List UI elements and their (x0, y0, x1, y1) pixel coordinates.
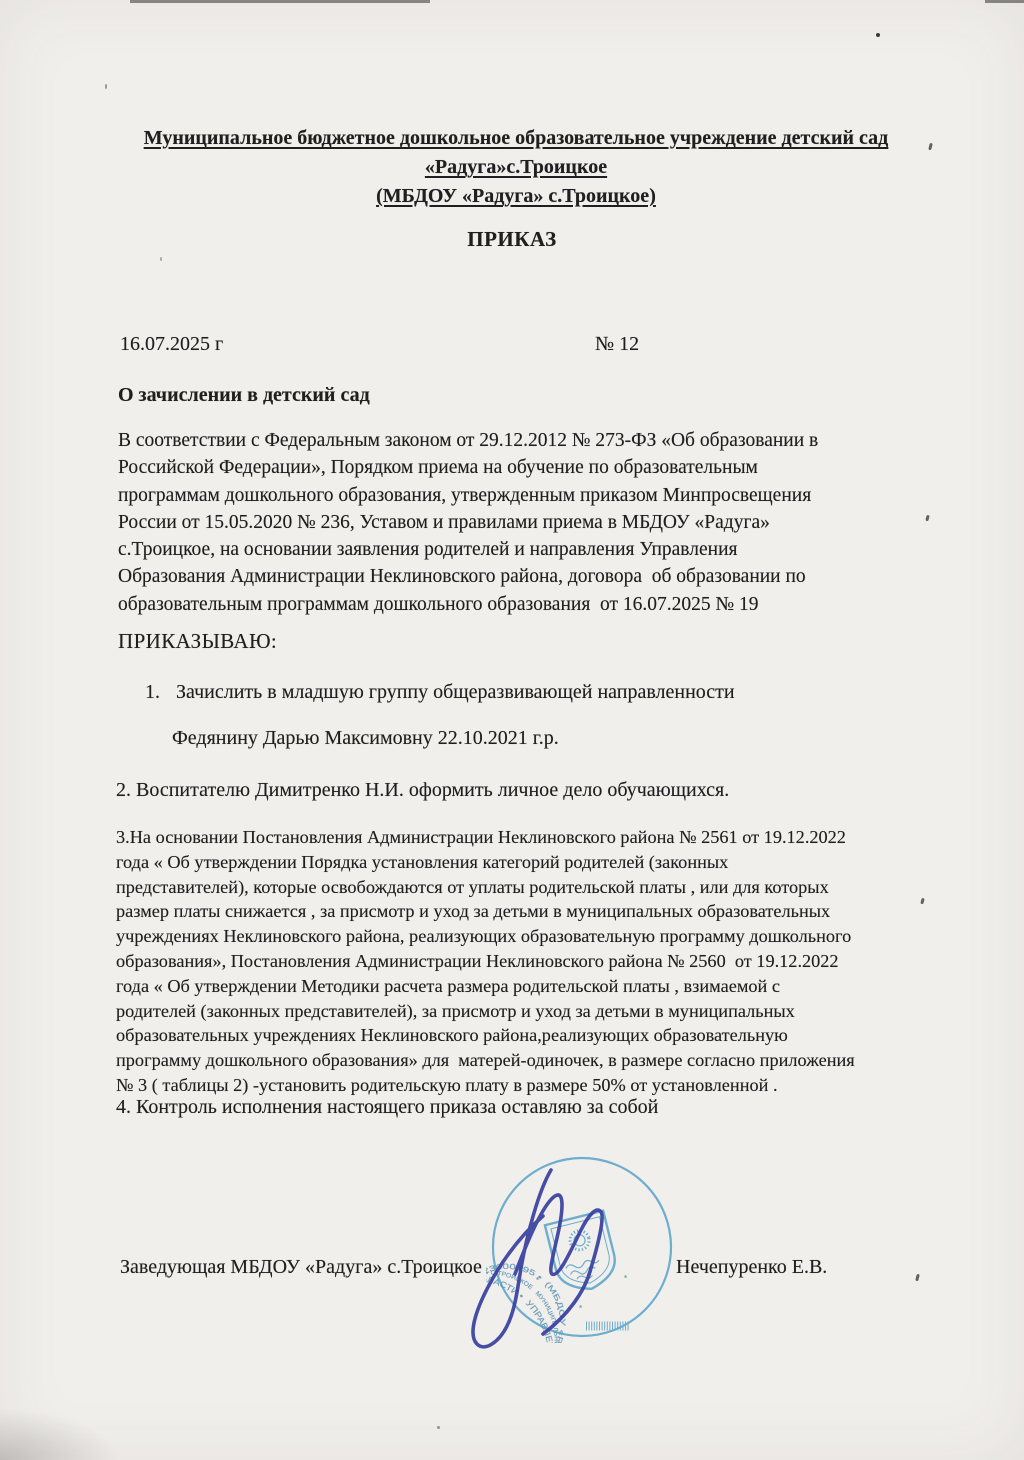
text-line: родителей (законных представителей), за … (116, 999, 855, 1024)
order-item-2: 2. Воспитателю Димитренко Н.И. оформить … (116, 779, 729, 802)
text-line: образовательным программам дошкольного о… (118, 591, 818, 618)
signature-ink (455, 1156, 665, 1366)
document-header: Муниципальное бюджетное дошкольное образ… (106, 124, 926, 211)
item-text: Зачислить в младшую группу общеразвивающ… (176, 681, 735, 703)
text-line: программам дошкольного образования, утве… (118, 482, 818, 509)
signer-position: Заведующая МБДОУ «Радуга» с.Троицкое (120, 1256, 482, 1279)
scan-edge-artifact (130, 0, 430, 3)
text-line: программу дошкольного образования» для м… (116, 1048, 855, 1073)
text-line: России от 15.05.2020 № 236, Уставом и пр… (118, 509, 818, 536)
text-line: с.Троицкое, на основании заявления родит… (118, 536, 818, 563)
text-line: образования», Постановления Администраци… (116, 949, 855, 974)
text-line: года « Об утверждении Порядка установлен… (116, 850, 855, 875)
scan-mark (915, 1274, 919, 1281)
text-line: размер платы снижается , за присмотр и у… (116, 899, 855, 924)
intro-paragraph: В соответствии с Федеральным законом от … (118, 427, 818, 618)
order-item-1-child-name: Федянину Дарью Максимовну 22.10.2021 г.р… (172, 727, 559, 750)
text-line: Образования Администрации Неклиновского … (118, 563, 818, 590)
order-number: № 12 (595, 333, 639, 356)
order-item-4: 4. Контроль исполнения настоящего приказ… (116, 1096, 658, 1119)
org-name-line2: «Радуга»с.Троицкое (425, 156, 607, 178)
scan-speck (160, 257, 162, 261)
text-line: года « Об утверждении Методики расчета р… (116, 974, 855, 999)
scanned-order-document: Муниципальное бюджетное дошкольное образ… (0, 0, 1024, 1460)
text-line: 3.На основании Постановления Администрац… (116, 825, 855, 850)
scan-mark (925, 515, 929, 521)
scan-speck (876, 33, 880, 37)
text-line: Российской Федерации», Порядком приема н… (118, 454, 818, 481)
document-type-title: ПРИКАЗ (0, 227, 1024, 252)
scan-mark (920, 898, 924, 904)
text-line: № 3 ( таблицы 2) -установить родительску… (116, 1073, 855, 1098)
scan-corner-shadow (0, 1408, 120, 1460)
scan-mark (928, 143, 932, 150)
org-name-line3: (МБДОУ «Радуга» с.Троицкое) (376, 185, 656, 207)
scan-speck (437, 1426, 440, 1429)
order-item-1: 1.Зачислить в младшую группу общеразвива… (145, 681, 735, 704)
org-name-line1: Муниципальное бюджетное дошкольное образ… (106, 124, 926, 153)
text-line: представителей), которые освобождаются о… (116, 875, 855, 900)
order-subject: О зачислении в детский сад (118, 384, 370, 407)
scan-speck (105, 84, 107, 89)
text-line: учреждениях Неклиновского района, реализ… (116, 924, 855, 949)
text-line: В соответствии с Федеральным законом от … (118, 427, 818, 454)
order-item-3: 3.На основании Постановления Администрац… (116, 825, 855, 1098)
scan-edge-artifact (985, 0, 1024, 3)
order-date: 16.07.2025 г (120, 333, 223, 356)
signer-name: Нечепуренко Е.В. (676, 1256, 827, 1279)
text-line: образовательных учреждениях Неклиновског… (116, 1023, 855, 1048)
item-number: 1. (145, 681, 160, 704)
resolution-word: ПРИКАЗЫВАЮ: (118, 629, 277, 654)
